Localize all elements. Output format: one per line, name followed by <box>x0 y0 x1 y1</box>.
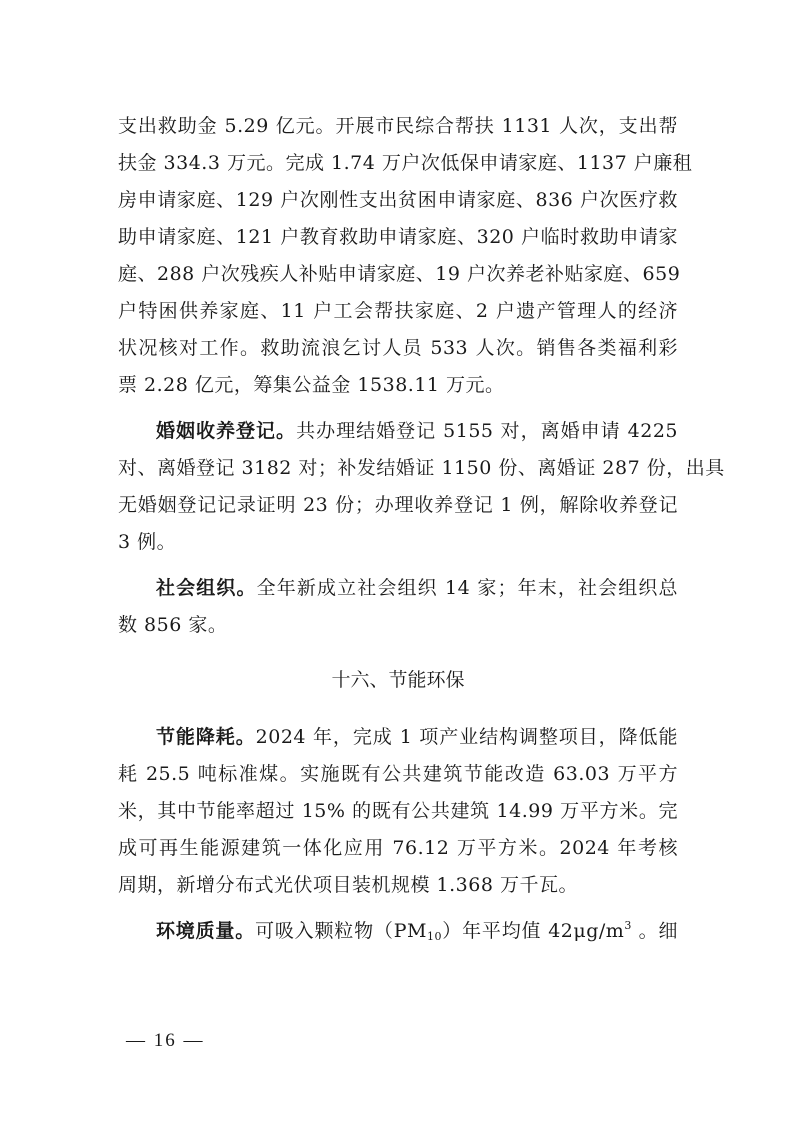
text-line: 庭、288 户次残疾人补贴申请家庭、19 户次养老补贴家庭、659 <box>118 256 678 293</box>
text-span: 。细 <box>632 920 678 942</box>
paragraph-lead: 节能降耗。 <box>156 726 256 748</box>
text-line: 房申请家庭、129 户次刚性支出贫困申请家庭、836 户次医疗救 <box>118 182 678 219</box>
text-line: 扶金 334.3 万元。完成 1.74 万户次低保申请家庭、1137 户廉租 <box>118 145 678 182</box>
paragraph-lead: 社会组织。 <box>156 577 257 599</box>
text-line: 对、离婚登记 3182 对；补发结婚证 1150 份、离婚证 287 份，出具 <box>118 450 678 487</box>
text-line: 米，其中节能率超过 15% 的既有公共建筑 14.99 万平方米。完 <box>118 793 678 830</box>
document-page: 支出救助金 5.29 亿元。开展市民综合帮扶 1131 人次，支出帮 扶金 33… <box>118 108 678 950</box>
paragraph-marriage-adoption: 婚姻收养登记。共办理结婚登记 5155 对，离婚申请 4225 对、离婚登记 3… <box>118 413 678 561</box>
text-line: 票 2.28 亿元，筹集公益金 1538.11 万元。 <box>118 367 678 404</box>
text-span: 共办理结婚登记 5155 对，离婚申请 4225 <box>296 420 678 442</box>
paragraph-lead: 婚姻收养登记。 <box>156 420 296 442</box>
text-line: 节能降耗。2024 年，完成 1 项产业结构调整项目，降低能 <box>118 719 678 756</box>
page-number: — 16 — <box>126 1030 205 1052</box>
paragraph-environment-quality: 环境质量。可吸入颗粒物（PM10）年平均值 42μg/m3 。细 <box>118 913 678 950</box>
text-line: 户特困供养家庭、11 户工会帮扶家庭、2 户遗产管理人的经济 <box>118 293 678 330</box>
text-line: 3 例。 <box>118 524 678 561</box>
paragraph-energy-saving: 节能降耗。2024 年，完成 1 项产业结构调整项目，降低能 耗 25.5 吨标… <box>118 719 678 904</box>
text-span: 全年新成立社会组织 14 家；年末，社会组织总 <box>257 577 678 599</box>
subscript: 10 <box>427 930 442 943</box>
text-line: 环境质量。可吸入颗粒物（PM10）年平均值 42μg/m3 。细 <box>118 913 678 950</box>
text-line: 成可再生能源建筑一体化应用 76.12 万平方米。2024 年考核 <box>118 830 678 867</box>
paragraph-social-assistance: 支出救助金 5.29 亿元。开展市民综合帮扶 1131 人次，支出帮 扶金 33… <box>118 108 678 404</box>
text-line: 支出救助金 5.29 亿元。开展市民综合帮扶 1131 人次，支出帮 <box>118 108 678 145</box>
text-line: 状况核对工作。救助流浪乞讨人员 533 人次。销售各类福利彩 <box>118 330 678 367</box>
text-span: ）年平均值 42μg/m <box>442 920 624 942</box>
section-heading: 十六、节能环保 <box>118 662 678 699</box>
text-line: 耗 25.5 吨标准煤。实施既有公共建筑节能改造 63.03 万平方 <box>118 756 678 793</box>
text-line: 婚姻收养登记。共办理结婚登记 5155 对，离婚申请 4225 <box>118 413 678 450</box>
text-line: 数 856 家。 <box>118 607 678 644</box>
paragraph-social-organizations: 社会组织。全年新成立社会组织 14 家；年末，社会组织总 数 856 家。 <box>118 570 678 644</box>
superscript: 3 <box>624 919 632 932</box>
text-line: 社会组织。全年新成立社会组织 14 家；年末，社会组织总 <box>118 570 678 607</box>
text-line: 助申请家庭、121 户教育救助申请家庭、320 户临时救助申请家 <box>118 219 678 256</box>
text-span: 可吸入颗粒物（PM <box>255 920 427 942</box>
text-line: 无婚姻登记记录证明 23 份；办理收养登记 1 例，解除收养登记 <box>118 487 678 524</box>
paragraph-lead: 环境质量。 <box>156 920 255 942</box>
text-span: 2024 年，完成 1 项产业结构调整项目，降低能 <box>256 726 678 748</box>
text-line: 周期，新增分布式光伏项目装机规模 1.368 万千瓦。 <box>118 867 678 904</box>
